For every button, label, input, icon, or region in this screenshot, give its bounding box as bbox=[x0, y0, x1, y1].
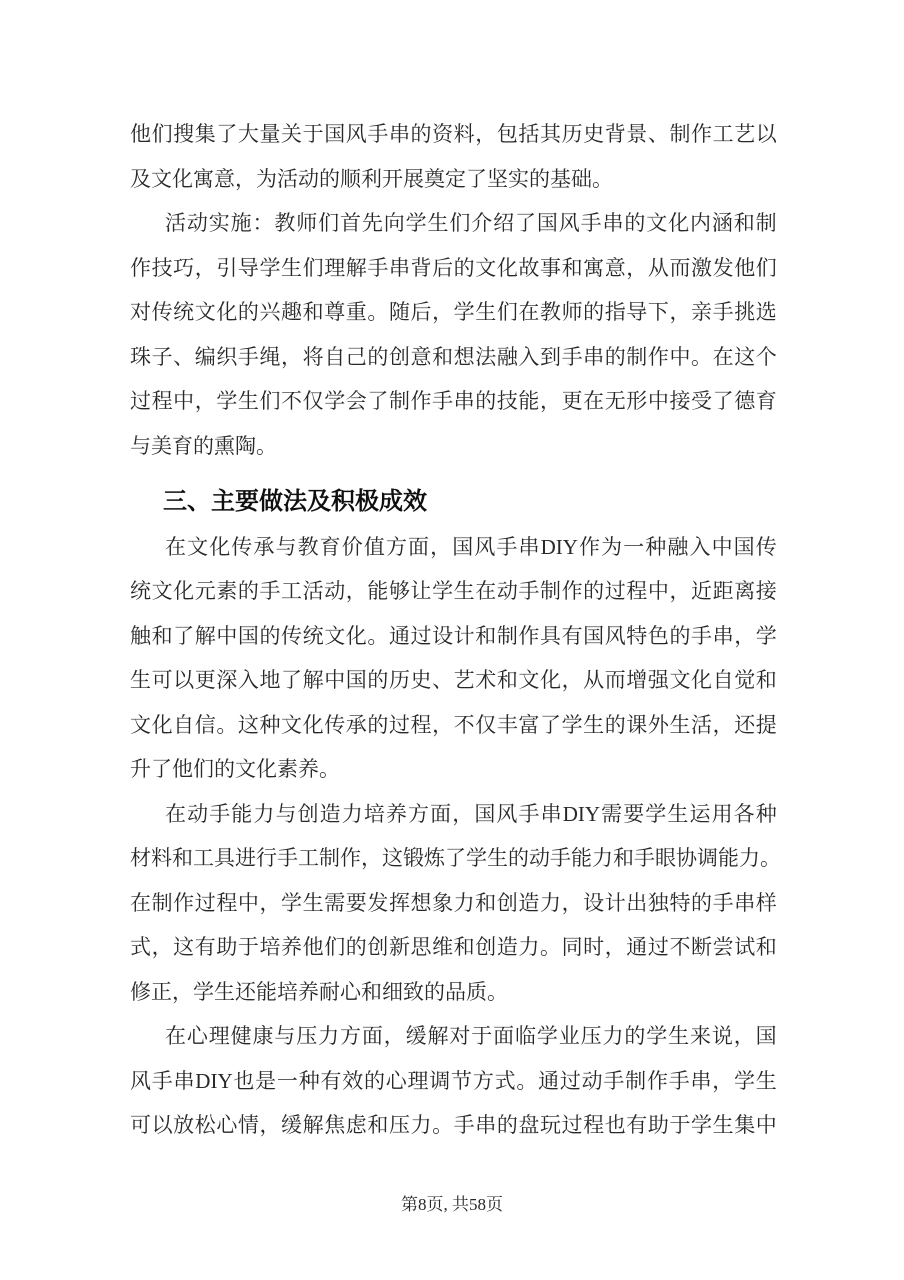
text-line: 活动实施：教师们首先向学生们介绍了国风手串的文化内涵和制 bbox=[130, 201, 777, 246]
section-heading: 三、主要做法及积极成效 bbox=[130, 480, 777, 525]
text-line: 珠子、编织手绳，将自己的创意和想法融入到手串的制作中。在这个 bbox=[130, 335, 777, 380]
text-line: 作技巧，引导学生们理解手串背后的文化故事和寓意，从而激发他们 bbox=[130, 246, 777, 291]
text-line: 可以放松心情，缓解焦虑和压力。手串的盘玩过程也有助于学生集中 bbox=[130, 1103, 777, 1148]
text-line: 及文化寓意，为活动的顺利开展奠定了坚实的基础。 bbox=[130, 157, 777, 202]
text-line: 他们搜集了大量关于国风手串的资料，包括其历史背景、制作工艺以 bbox=[130, 112, 777, 157]
text-line: 材料和工具进行手工制作，这锻炼了学生的动手能力和手眼协调能力。 bbox=[130, 836, 777, 881]
text-line: 升了他们的文化素养。 bbox=[130, 747, 777, 792]
document-page: 他们搜集了大量关于国风手串的资料，包括其历史背景、制作工艺以及文化寓意，为活动的… bbox=[0, 0, 904, 1280]
text-line: 在心理健康与压力方面，缓解对于面临学业压力的学生来说，国 bbox=[130, 1014, 777, 1059]
text-line: 式，这有助于培养他们的创新思维和创造力。同时，通过不断尝试和 bbox=[130, 925, 777, 970]
text-line: 在文化传承与教育价值方面，国风手串 DIY 作为一种融入中国传 bbox=[130, 525, 777, 570]
text-line: 在制作过程中，学生需要发挥想象力和创造力，设计出独特的手串样 bbox=[130, 881, 777, 926]
text-line: 与美育的熏陶。 bbox=[130, 424, 777, 469]
document-body: 他们搜集了大量关于国风手串的资料，包括其历史背景、制作工艺以及文化寓意，为活动的… bbox=[130, 112, 777, 1148]
text-line: 对传统文化的兴趣和尊重。随后，学生们在教师的指导下，亲手挑选 bbox=[130, 290, 777, 335]
text-line: 生可以更深入地了解中国的历史、艺术和文化，从而增强文化自觉和 bbox=[130, 658, 777, 703]
page-number: 第8页, 共58页 bbox=[401, 1195, 503, 1214]
text-line: 统文化元素的手工活动，能够让学生在动手制作的过程中，近距离接 bbox=[130, 569, 777, 614]
text-line: 触和了解中国的传统文化。通过设计和制作具有国风特色的手串，学 bbox=[130, 614, 777, 659]
text-line: 在动手能力与创造力培养方面，国风手串 DIY 需要学生运用各种 bbox=[130, 792, 777, 837]
text-line: 风手串 DIY 也是一种有效的心理调节方式。通过动手制作手串，学生 bbox=[130, 1059, 777, 1104]
page-footer: 第8页, 共58页 bbox=[0, 1190, 904, 1215]
text-line: 文化自信。这种文化传承的过程，不仅丰富了学生的课外生活，还提 bbox=[130, 703, 777, 748]
text-line: 修正，学生还能培养耐心和细致的品质。 bbox=[130, 970, 777, 1015]
text-line: 过程中，学生们不仅学会了制作手串的技能，更在无形中接受了德育 bbox=[130, 379, 777, 424]
